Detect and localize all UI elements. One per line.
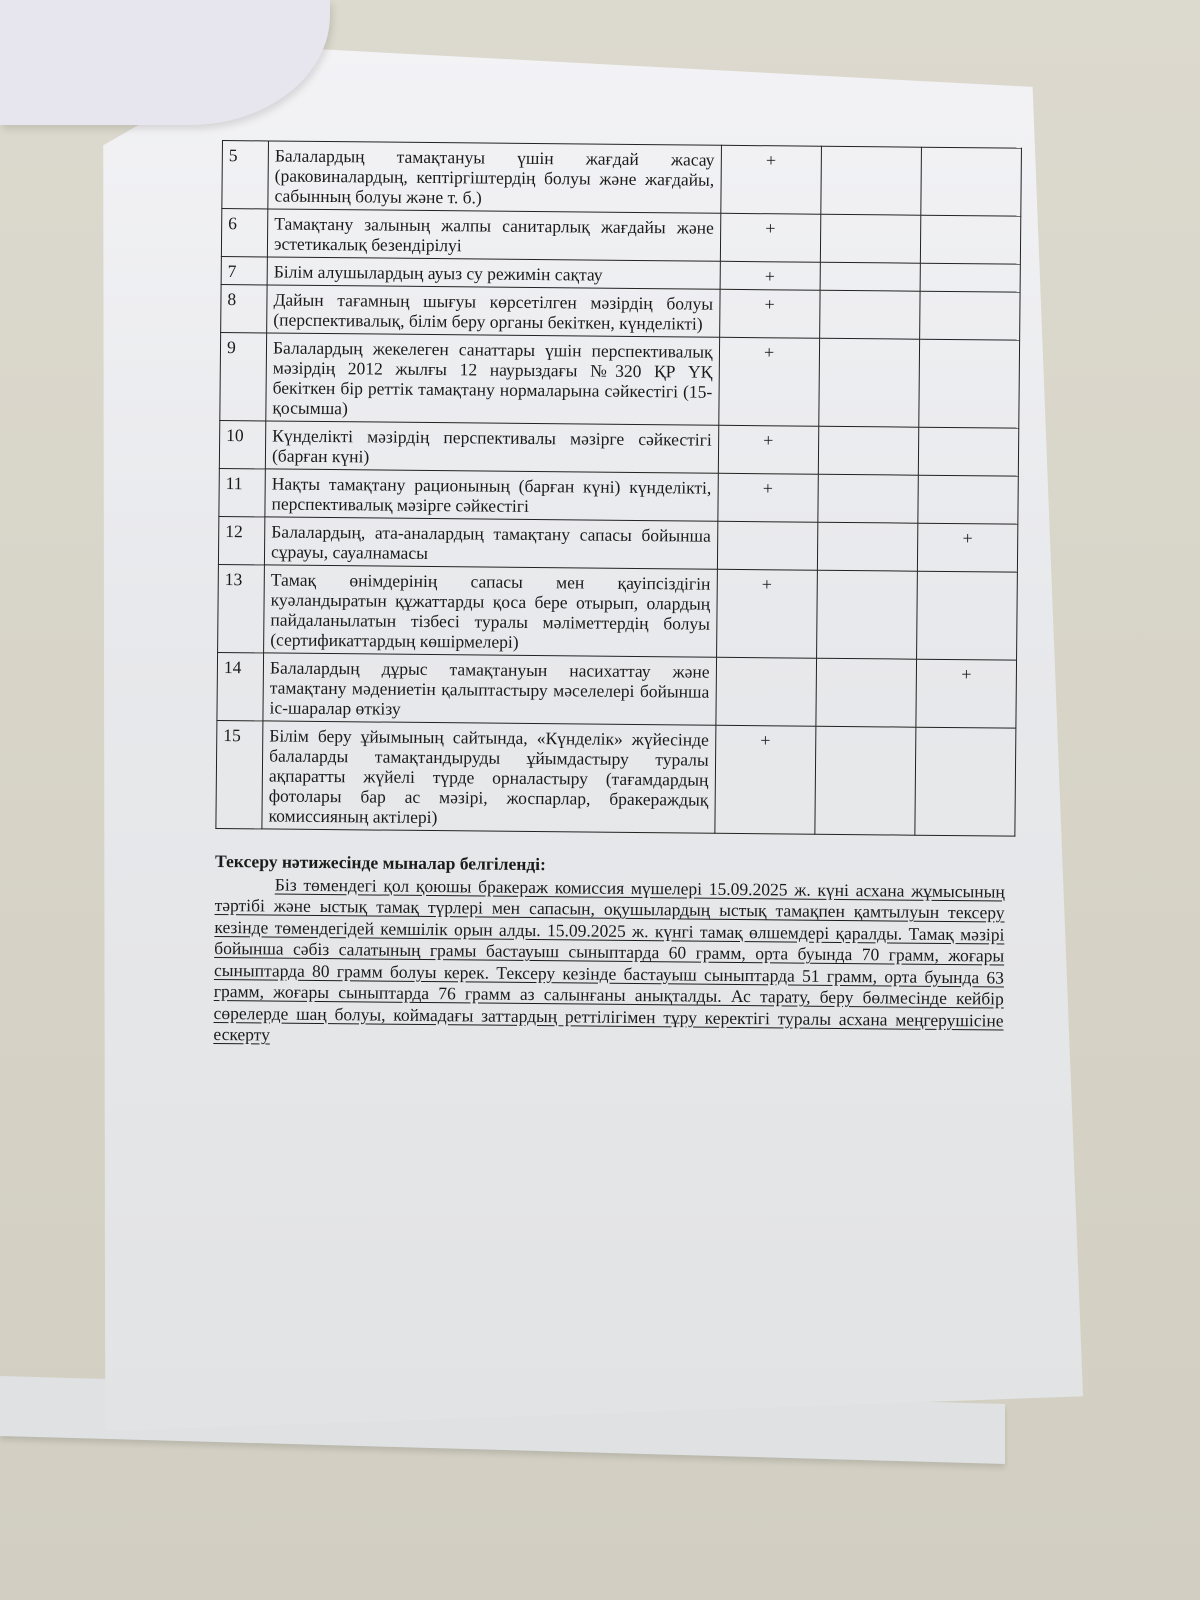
- mark-cell: [815, 726, 916, 835]
- row-criterion: Балалардың тамақтануы үшін жағдай жасау …: [268, 141, 721, 213]
- mark-cell: [920, 215, 1021, 264]
- mark-cell: +: [720, 213, 821, 262]
- row-criterion: Күнделікті мәзірдің перспективалы мәзірг…: [265, 421, 718, 473]
- findings-section: Тексеру нәтижесінде мыналар белгіленді: …: [213, 851, 1005, 1053]
- row-number: 12: [218, 516, 265, 564]
- mark-cell: [820, 214, 921, 263]
- table-row: 6Тамақтану залының жалпы санитарлық жағд…: [221, 209, 1020, 265]
- row-number: 5: [222, 141, 269, 209]
- mark-cell: +: [917, 523, 1018, 572]
- mark-cell: [819, 338, 920, 427]
- row-criterion: Балалардың дұрыс тамақтануын насихаттау …: [263, 653, 716, 725]
- mark-cell: +: [716, 569, 817, 658]
- mark-cell: [817, 522, 918, 571]
- row-number: 9: [220, 332, 267, 420]
- mark-cell: [915, 727, 1016, 836]
- mark-cell: [816, 570, 917, 659]
- mark-cell: +: [714, 725, 815, 834]
- table-row: 10Күнделікті мәзірдің перспективалы мәзі…: [219, 420, 1018, 476]
- mark-cell: +: [718, 337, 819, 426]
- mark-cell: [816, 658, 917, 727]
- row-number: 7: [221, 256, 267, 284]
- row-number: 6: [221, 209, 268, 257]
- row-criterion: Нақты тамақтану рационының (барған күні)…: [265, 469, 718, 521]
- mark-cell: [916, 571, 1017, 660]
- table-row: 12Балалардың, ата-аналардың тамақтану са…: [218, 516, 1017, 572]
- row-criterion: Дайын тағамның шығуы көрсетілген мәзірді…: [267, 285, 720, 337]
- mark-cell: [819, 290, 920, 339]
- mark-cell: [918, 427, 1019, 476]
- mark-cell: [821, 146, 922, 215]
- mark-cell: +: [717, 473, 818, 522]
- row-number: 13: [218, 564, 265, 652]
- table-row: 14Балалардың дұрыс тамақтануын насихатта…: [217, 652, 1017, 728]
- findings-paragraph: Біз төмендегі қол қоюшы бракераж комисси…: [213, 873, 1005, 1053]
- mark-cell: +: [720, 261, 820, 290]
- row-criterion: Тамақ өнімдерінің сапасы мен қауіпсіздіг…: [264, 565, 717, 657]
- row-criterion: Балалардың жекелеген санаттары үшін перс…: [266, 333, 719, 425]
- row-number: 11: [219, 468, 266, 516]
- mark-cell: [716, 657, 817, 726]
- table-row: 5Балалардың тамақтануы үшін жағдай жасау…: [222, 141, 1022, 217]
- row-criterion: Тамақтану залының жалпы санитарлық жағда…: [267, 209, 720, 261]
- table-row: 8Дайын тағамның шығуы көрсетілген мәзірд…: [221, 284, 1020, 340]
- row-number: 14: [217, 652, 264, 720]
- row-criterion: Білім алушылардың ауыз су режимін сақтау: [267, 257, 720, 289]
- table-row: 11Нақты тамақтану рационының (барған күн…: [219, 468, 1018, 524]
- mark-cell: [921, 147, 1022, 216]
- row-criterion: Білім беру ұйымының сайтында, «Күнделік»…: [262, 721, 716, 833]
- mark-cell: [919, 291, 1020, 340]
- mark-cell: [919, 339, 1020, 428]
- document-content: 5Балалардың тамақтануы үшін жағдай жасау…: [213, 140, 1032, 1053]
- row-number: 10: [219, 420, 266, 468]
- mark-cell: +: [718, 425, 819, 474]
- row-criterion: Балалардың, ата-аналардың тамақтану сапа…: [264, 517, 717, 569]
- mark-cell: +: [719, 289, 820, 338]
- table-row: 15Білім беру ұйымының сайтында, «Күнделі…: [216, 720, 1016, 836]
- table-row: 9Балалардың жекелеген санаттары үшін пер…: [220, 332, 1020, 428]
- mark-cell: [818, 474, 919, 523]
- mark-cell: [717, 521, 818, 570]
- mark-cell: [918, 475, 1019, 524]
- row-number: 15: [216, 720, 263, 828]
- mark-cell: +: [916, 659, 1017, 728]
- mark-cell: +: [720, 145, 821, 214]
- mark-cell: [820, 262, 920, 291]
- criteria-table: 5Балалардың тамақтануы үшін жағдай жасау…: [215, 140, 1022, 837]
- table-row: 13Тамақ өнімдерінің сапасы мен қауіпсізд…: [218, 564, 1018, 660]
- row-number: 8: [221, 284, 268, 332]
- mark-cell: [920, 263, 1020, 292]
- mark-cell: [818, 426, 919, 475]
